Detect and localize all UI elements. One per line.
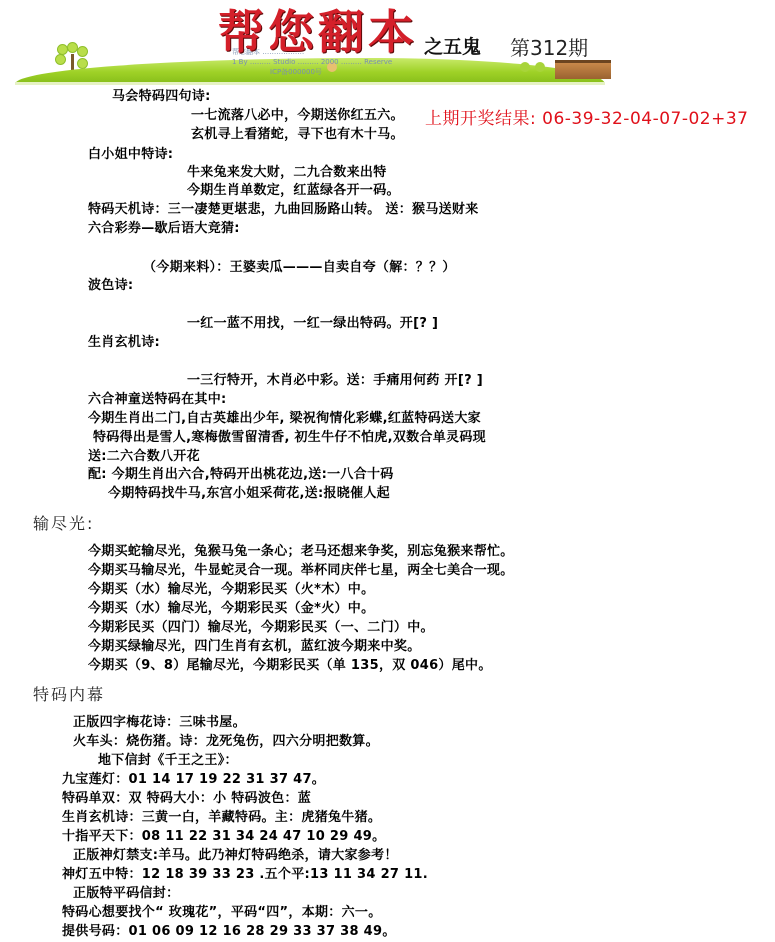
shujin-line: 今期买蛇输尽光，兔猴马兔一条心；老马还想来争奖，别忘兔猴来帮忙。 <box>88 543 514 560</box>
house-icon <box>555 60 611 79</box>
neimu-jiubao: 九宝莲灯：01 14 17 19 22 31 37 47。 <box>62 771 325 788</box>
shujin-line: 今期买（水）输尽光，今期彩民买（金*火）中。 <box>88 600 374 617</box>
bush-icon <box>520 62 530 72</box>
mahui-line: 一七流落八必中，今期送你红五六。 <box>191 107 404 124</box>
shengxiao-line: 一三行特开，木肖必中彩。送：手痛用何药 开[? ] <box>187 372 483 389</box>
shentong-line: 特码得出是雪人,寒梅傲雪留清香, 初生牛仔不怕虎,双数合单灵码现 <box>93 429 486 446</box>
bai-line: 牛来兔来发大财，二九合数来出特 <box>187 164 387 181</box>
mahui-label: 马会特码四句诗: <box>112 88 211 105</box>
shujin-line: 今期买（水）输尽光，今期彩民买（火*木）中。 <box>88 581 374 598</box>
section-heading-shujin: 输尽光: <box>33 514 94 534</box>
bai-label: 白小姐中特诗: <box>88 146 173 163</box>
shentong-line: 送:二六合数八开花 <box>88 448 200 465</box>
shujin-line: 今期彩民买（四门）输尽光，今期彩民买（一、二门）中。 <box>88 619 434 636</box>
issue-number: 第312期 <box>510 36 588 60</box>
last-result: 上期开奖结果: 06-39-32-04-07-02+37 <box>425 108 748 130</box>
header-fineprint: ICP备000000号 <box>270 68 322 77</box>
neimu-xinfeng: 地下信封《千王之王》： <box>98 752 238 769</box>
neimu-huochetou: 火车头：烧伤猪。诗：龙死兔伤，四六分明把数算。 <box>73 733 379 750</box>
section-heading-neimu: 特码内幕 <box>33 685 105 705</box>
shentong-line: 配: 今期生肖出六合,特码开出桃花边,送:一八合十码 <box>88 466 394 483</box>
neimu-xinxiang: 特码心想要找个“ 玫瑰花”，平码“四”，本期：六一。 <box>62 904 382 921</box>
shentong-line: 今期特码找牛马,东宫小姐采荷花,送:报晓催人起 <box>108 485 390 502</box>
page-title: 帮您翻本 <box>218 4 418 60</box>
xiehouyu-label: 六合彩券—歇后语大竞猜: <box>88 220 240 237</box>
mahui-line: 玄机寻上看猪蛇，寻下也有木十马。 <box>191 126 404 143</box>
neimu-shizhi: 十指平天下：08 11 22 31 34 24 47 10 29 49。 <box>62 828 385 845</box>
neimu-tepingma: 正版特平码信封： <box>73 885 179 902</box>
tianji-line: 特码天机诗：三一凄楚更堪悲，九曲回肠路山转。 送：猴马送财来 <box>88 201 479 218</box>
bush-icon <box>535 62 545 72</box>
neimu-xuanji: 生肖玄机诗：三黄一白，羊藏特码。主：虎猪兔牛猪。 <box>62 809 381 826</box>
bose-line: 一红一蓝不用找，一红一绿出特码。开[? ] <box>187 315 438 332</box>
shujin-line: 今期买马输尽光，牛显蛇灵合一现。举杯同庆伴七星，两全七美合一现。 <box>88 562 514 579</box>
neimu-danshuang: 特码单双：双 特码大小：小 特码波色：蓝 <box>62 790 311 807</box>
last-result-label: 上期开奖结果: <box>425 109 536 129</box>
bai-line: 今期生肖单数定，红蓝绿各开一码。 <box>187 182 400 199</box>
shujin-line: 今期买（9、8）尾输尽光，今期彩民买（单 135，双 046）尾中。 <box>88 657 492 674</box>
shujin-line: 今期买绿输尽光，四门生肖有玄机，蓝红波今期来中奖。 <box>88 638 421 655</box>
neimu-meihua: 正版四字梅花诗：三味书屋。 <box>73 714 246 731</box>
xiehouyu-line: （今期来料）：王婆卖瓜———自卖自夸（解：？？） <box>143 259 456 276</box>
page-subtitle: 之五鬼 <box>424 35 481 59</box>
shentong-line: 今期生肖出二门,自古英雄出少年, 梁祝徇情化彩蝶,红蓝特码送大家 <box>88 410 481 427</box>
last-result-numbers: 06-39-32-04-07-02+37 <box>542 109 748 129</box>
bose-label: 波色诗: <box>88 277 133 294</box>
neimu-jinzhi: 正版神灯禁支:羊马。此乃神灯特码绝杀，请大家参考！ <box>73 847 398 864</box>
shengxiao-label: 生肖玄机诗: <box>88 334 160 351</box>
neimu-tigong: 提供号码：01 06 09 12 16 28 29 33 37 38 49。 <box>62 923 396 940</box>
neimu-shendeng: 神灯五中特：12 18 39 33 23 .五个平:13 11 34 27 11… <box>62 866 428 883</box>
shentong-label: 六合神童送特码在其中: <box>88 391 227 408</box>
